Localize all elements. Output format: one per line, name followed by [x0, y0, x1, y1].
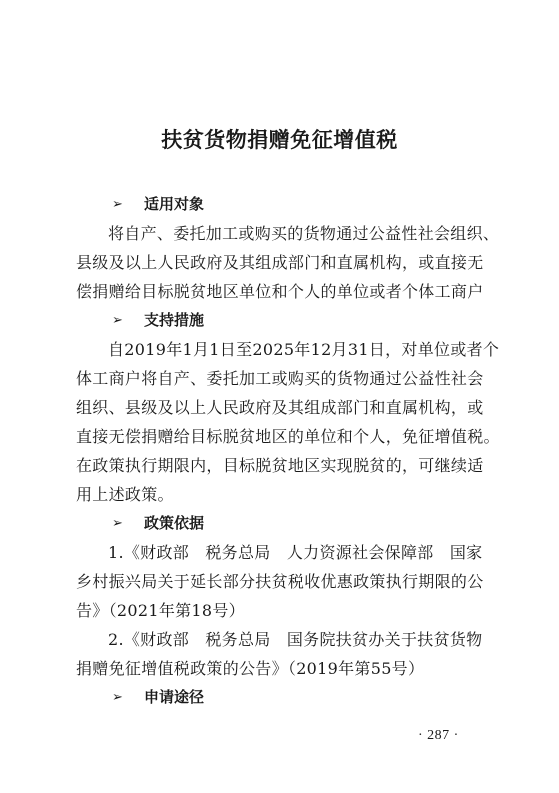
arrow-bullet-icon: ➢	[112, 306, 126, 335]
section-heading-applicable-objects: ➢ 适用对象	[76, 190, 484, 219]
paragraph-line: 偿捐赠给目标脱贫地区单位和个人的单位或者个体工商户	[76, 277, 484, 306]
section-heading-text: 申请途径	[144, 683, 204, 712]
arrow-bullet-icon: ➢	[112, 509, 126, 538]
section-heading-text: 支持措施	[144, 306, 204, 335]
page-number: · 287 ·	[418, 728, 459, 744]
paragraph-line: 在政策执行期限内，目标脱贫地区实现脱贫的，可继续适	[76, 451, 484, 480]
paragraph-line: 将自产、委托加工或购买的货物通过公益性社会组织、	[76, 219, 484, 248]
policy-reference-line: 乡村振兴局关于延长部分扶贫税收优惠政策执行期限的公	[76, 567, 484, 596]
document-body: ➢ 适用对象 将自产、委托加工或购买的货物通过公益性社会组织、 县级及以上人民政…	[76, 190, 484, 712]
page-title: 扶贫货物捐赠免征增值税	[0, 124, 559, 154]
section-heading-application-channel: ➢ 申请途径	[76, 683, 484, 712]
paragraph-line: 直接无偿捐赠给目标脱贫地区的单位和个人，免征增值税。	[76, 422, 484, 451]
paragraph-line: 用上述政策。	[76, 480, 484, 509]
paragraph-line: 自2019年1月1日至2025年12月31日，对单位或者个	[76, 335, 484, 364]
arrow-bullet-icon: ➢	[112, 190, 126, 219]
policy-reference-line: 捐赠免征增值税政策的公告》（2019年第55号）	[76, 654, 484, 683]
paragraph-line: 体工商户将自产、委托加工或购买的货物通过公益性社会	[76, 364, 484, 393]
section-heading-text: 适用对象	[144, 190, 204, 219]
policy-reference-line: 2.《财政部 税务总局 国务院扶贫办关于扶贫货物	[76, 625, 484, 654]
section-paragraph: 1.《财政部 税务总局 人力资源社会保障部 国家 乡村振兴局关于延长部分扶贫税收…	[76, 538, 484, 683]
paragraph-line: 组织、县级及以上人民政府及其组成部门和直属机构，或	[76, 393, 484, 422]
document-page: 扶贫货物捐赠免征增值税 ➢ 适用对象 将自产、委托加工或购买的货物通过公益性社会…	[0, 0, 559, 793]
paragraph-line: 县级及以上人民政府及其组成部门和直属机构，或直接无	[76, 248, 484, 277]
section-heading-text: 政策依据	[144, 509, 204, 538]
policy-reference-line: 告》（2021年第18号）	[76, 596, 484, 625]
policy-reference-line: 1.《财政部 税务总局 人力资源社会保障部 国家	[76, 538, 484, 567]
arrow-bullet-icon: ➢	[112, 683, 126, 712]
section-paragraph: 将自产、委托加工或购买的货物通过公益性社会组织、 县级及以上人民政府及其组成部门…	[76, 219, 484, 306]
section-heading-support-measures: ➢ 支持措施	[76, 306, 484, 335]
section-paragraph: 自2019年1月1日至2025年12月31日，对单位或者个 体工商户将自产、委托…	[76, 335, 484, 509]
section-heading-policy-basis: ➢ 政策依据	[76, 509, 484, 538]
